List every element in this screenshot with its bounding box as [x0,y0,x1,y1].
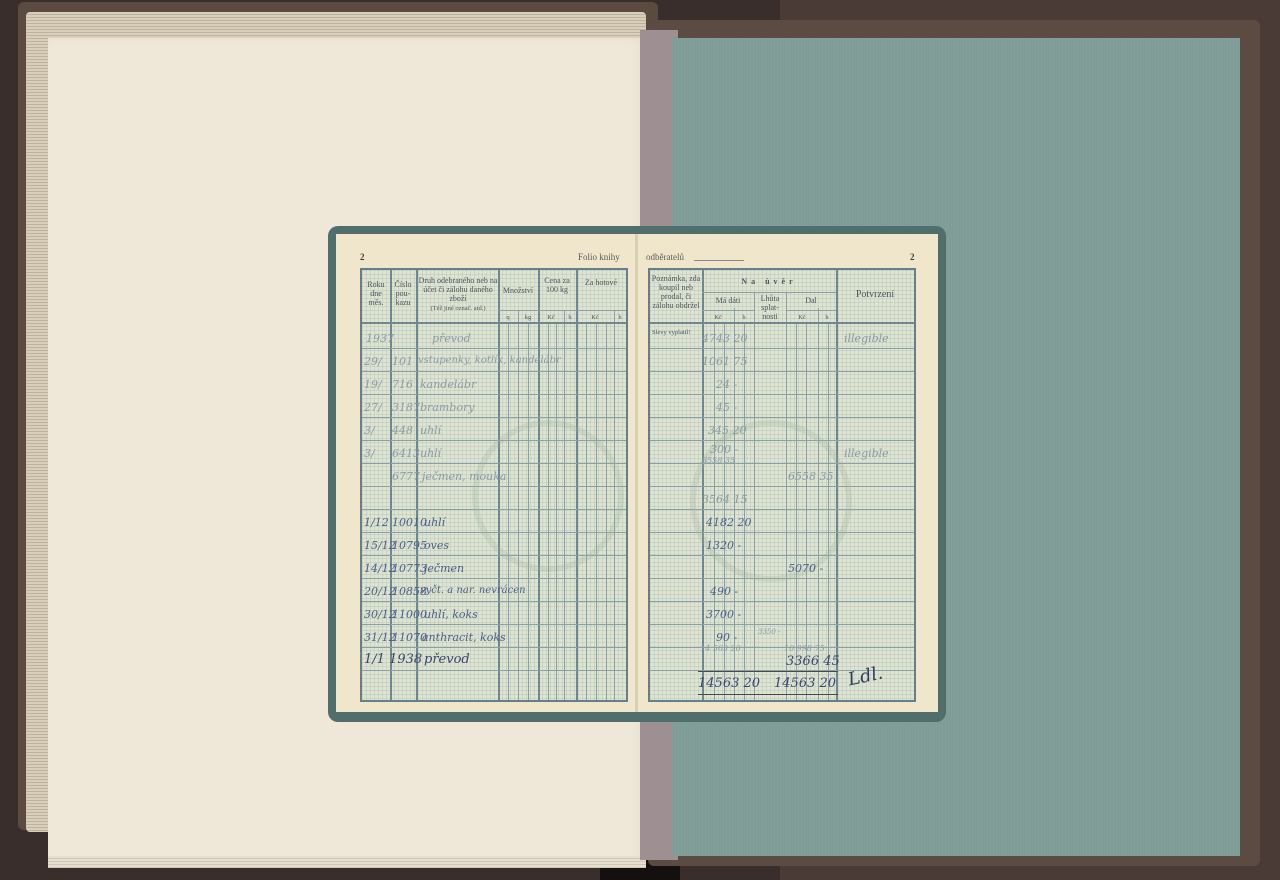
entry-debit: 300 - [710,443,738,456]
page-number: 2 [910,252,915,262]
entry-date: 29/ [364,355,382,368]
entry-goods: brambory [420,401,474,414]
header-goods-note: (Též jiné označ. atd.) [418,304,498,313]
entry-debit: 3700 - [706,608,741,621]
header-price-kc: Kč [538,313,564,322]
entry-goods: anthracit, koks [422,631,506,644]
entry-goods: ječmen, mouka [422,470,506,483]
signature: Ldl. [846,663,885,691]
total-paid: 14563 20 [774,676,836,691]
entry-goods: vyčt. a nar. nevrácen [420,585,526,596]
header-paid-h: h [818,313,836,322]
header-cash: Za hotové [576,278,626,287]
entry-date: 27/ [364,401,382,414]
entry-date: 1/1 1938 [364,652,422,667]
entry-goods: uhlí [424,516,445,529]
entry-paid: 10 998 75 [784,644,825,653]
left-ledger-table: Roku dne měs. Číslo pou- kazu Druh odebr… [360,268,628,702]
entry-voucher: 448 [392,424,413,437]
entry-goods: uhlí [420,424,441,437]
header-cash-h: h [614,313,626,322]
entry-goods: ječmen [424,562,464,575]
entry-paid: 5070 - [788,562,823,575]
header-cash-kc: Kč [576,313,614,322]
entry-date: 31/12 [364,631,396,644]
ledger-left-page: 2 Folio knihy Roku dne měs. Číslo pou- k… [336,234,636,712]
ledger-right-page: odběratelů 2 Poznámka, zda koupil neb pr… [638,234,938,712]
header-debit: Má dáti [702,296,754,305]
entry-debit: 4743 20 [702,332,748,345]
entry-date: 1937 [366,332,394,345]
entry-goods: uhlí [420,447,441,460]
entry-voucher: 10773 [392,562,427,575]
right-ledger-table: Poznámka, zda koupil neb prodal, či zálo… [648,268,916,702]
entry-debit: 45 - [716,401,737,414]
entry-voucher: 10010 [392,516,427,529]
header-price-h: h [564,313,576,322]
header-date: Roku dne měs. [362,280,390,307]
customer-underline [694,260,744,261]
page-number: 2 [360,252,365,262]
entry-debit: 14 563 20 [700,644,741,653]
entry-debit: 345 20 [708,424,747,437]
entry-goods: převod [432,332,471,345]
header-debit-kc: Kč [702,313,734,322]
entry-voucher: 6413 [392,447,420,460]
entry-date: 1/12 [364,516,389,529]
header-note: Poznámka, zda koupil neb prodal, či zálo… [650,274,702,310]
entry-voucher: 716 [392,378,413,391]
entry-date: 19/ [364,378,382,391]
stamp-watermark [472,420,624,572]
total-debit: 14563 20 [698,676,760,691]
entry-debit: 3564 15 [702,493,748,506]
entry-confirmation: illegible [844,332,889,345]
header-confirmation: Potvrzení [836,290,914,299]
entry-voucher: 11000 [392,608,427,621]
entry-date: 14/12 [364,562,396,575]
header-goods: Druh odebraného neb na účet či zálohu da… [418,276,498,303]
entry-debit: 6558 35 [702,456,735,465]
entry-date: 15/12 [364,539,396,552]
folio-label: Folio knihy [578,252,620,262]
entry-date: 3/ [364,447,375,460]
balance-amount: 3366 45 [786,654,840,669]
header-q: q [498,313,518,322]
entry-debit: 1061 75 [702,355,748,368]
header-paid: Dal [786,296,836,305]
ledger-booklet: 2 Folio knihy Roku dne měs. Číslo pou- k… [328,226,946,722]
entry-date: 20/12 [364,585,396,598]
entry-goods: oves [424,539,449,552]
entry-debit: 1320 - [706,539,741,552]
entry-note: 3350 - [758,628,780,636]
discount-note: Slevy vyplatil! [652,328,702,337]
header-term: Lhůta splat- nosti [754,294,786,321]
entry-voucher: 6777 [392,470,420,483]
entry-debit: 4182 20 [706,516,752,529]
entry-voucher: 10795 [392,539,427,552]
entry-voucher: 3187 [392,401,420,414]
entry-debit: 490 - [710,585,738,598]
entry-voucher: 101 [392,355,413,368]
header-credit: Na úvěr [702,277,836,286]
header-price: Cena za 100 kg [538,276,576,294]
entry-goods: uhlí, koks [424,608,478,621]
header-paid-kc: Kč [786,313,818,322]
header-quantity: Množství [498,286,538,295]
header-debit-h: h [734,313,754,322]
entry-debit: 24 - [716,378,737,391]
entry-goods: vstupenky, kotlík, kandelábr [418,355,561,366]
header-voucher: Číslo pou- kazu [390,280,416,307]
customer-label: odběratelů [646,252,684,262]
page-bottom-edge [48,856,646,868]
header-kg: kg [518,313,538,322]
entry-date: 3/ [364,424,375,437]
entry-goods: převod [424,652,470,667]
entry-paid: 6558 35 [788,470,834,483]
entry-confirmation: illegible [844,447,889,460]
entry-debit: 90 - [716,631,737,644]
entry-goods: kandelábr [420,378,476,391]
entry-date: 30/12 [364,608,396,621]
